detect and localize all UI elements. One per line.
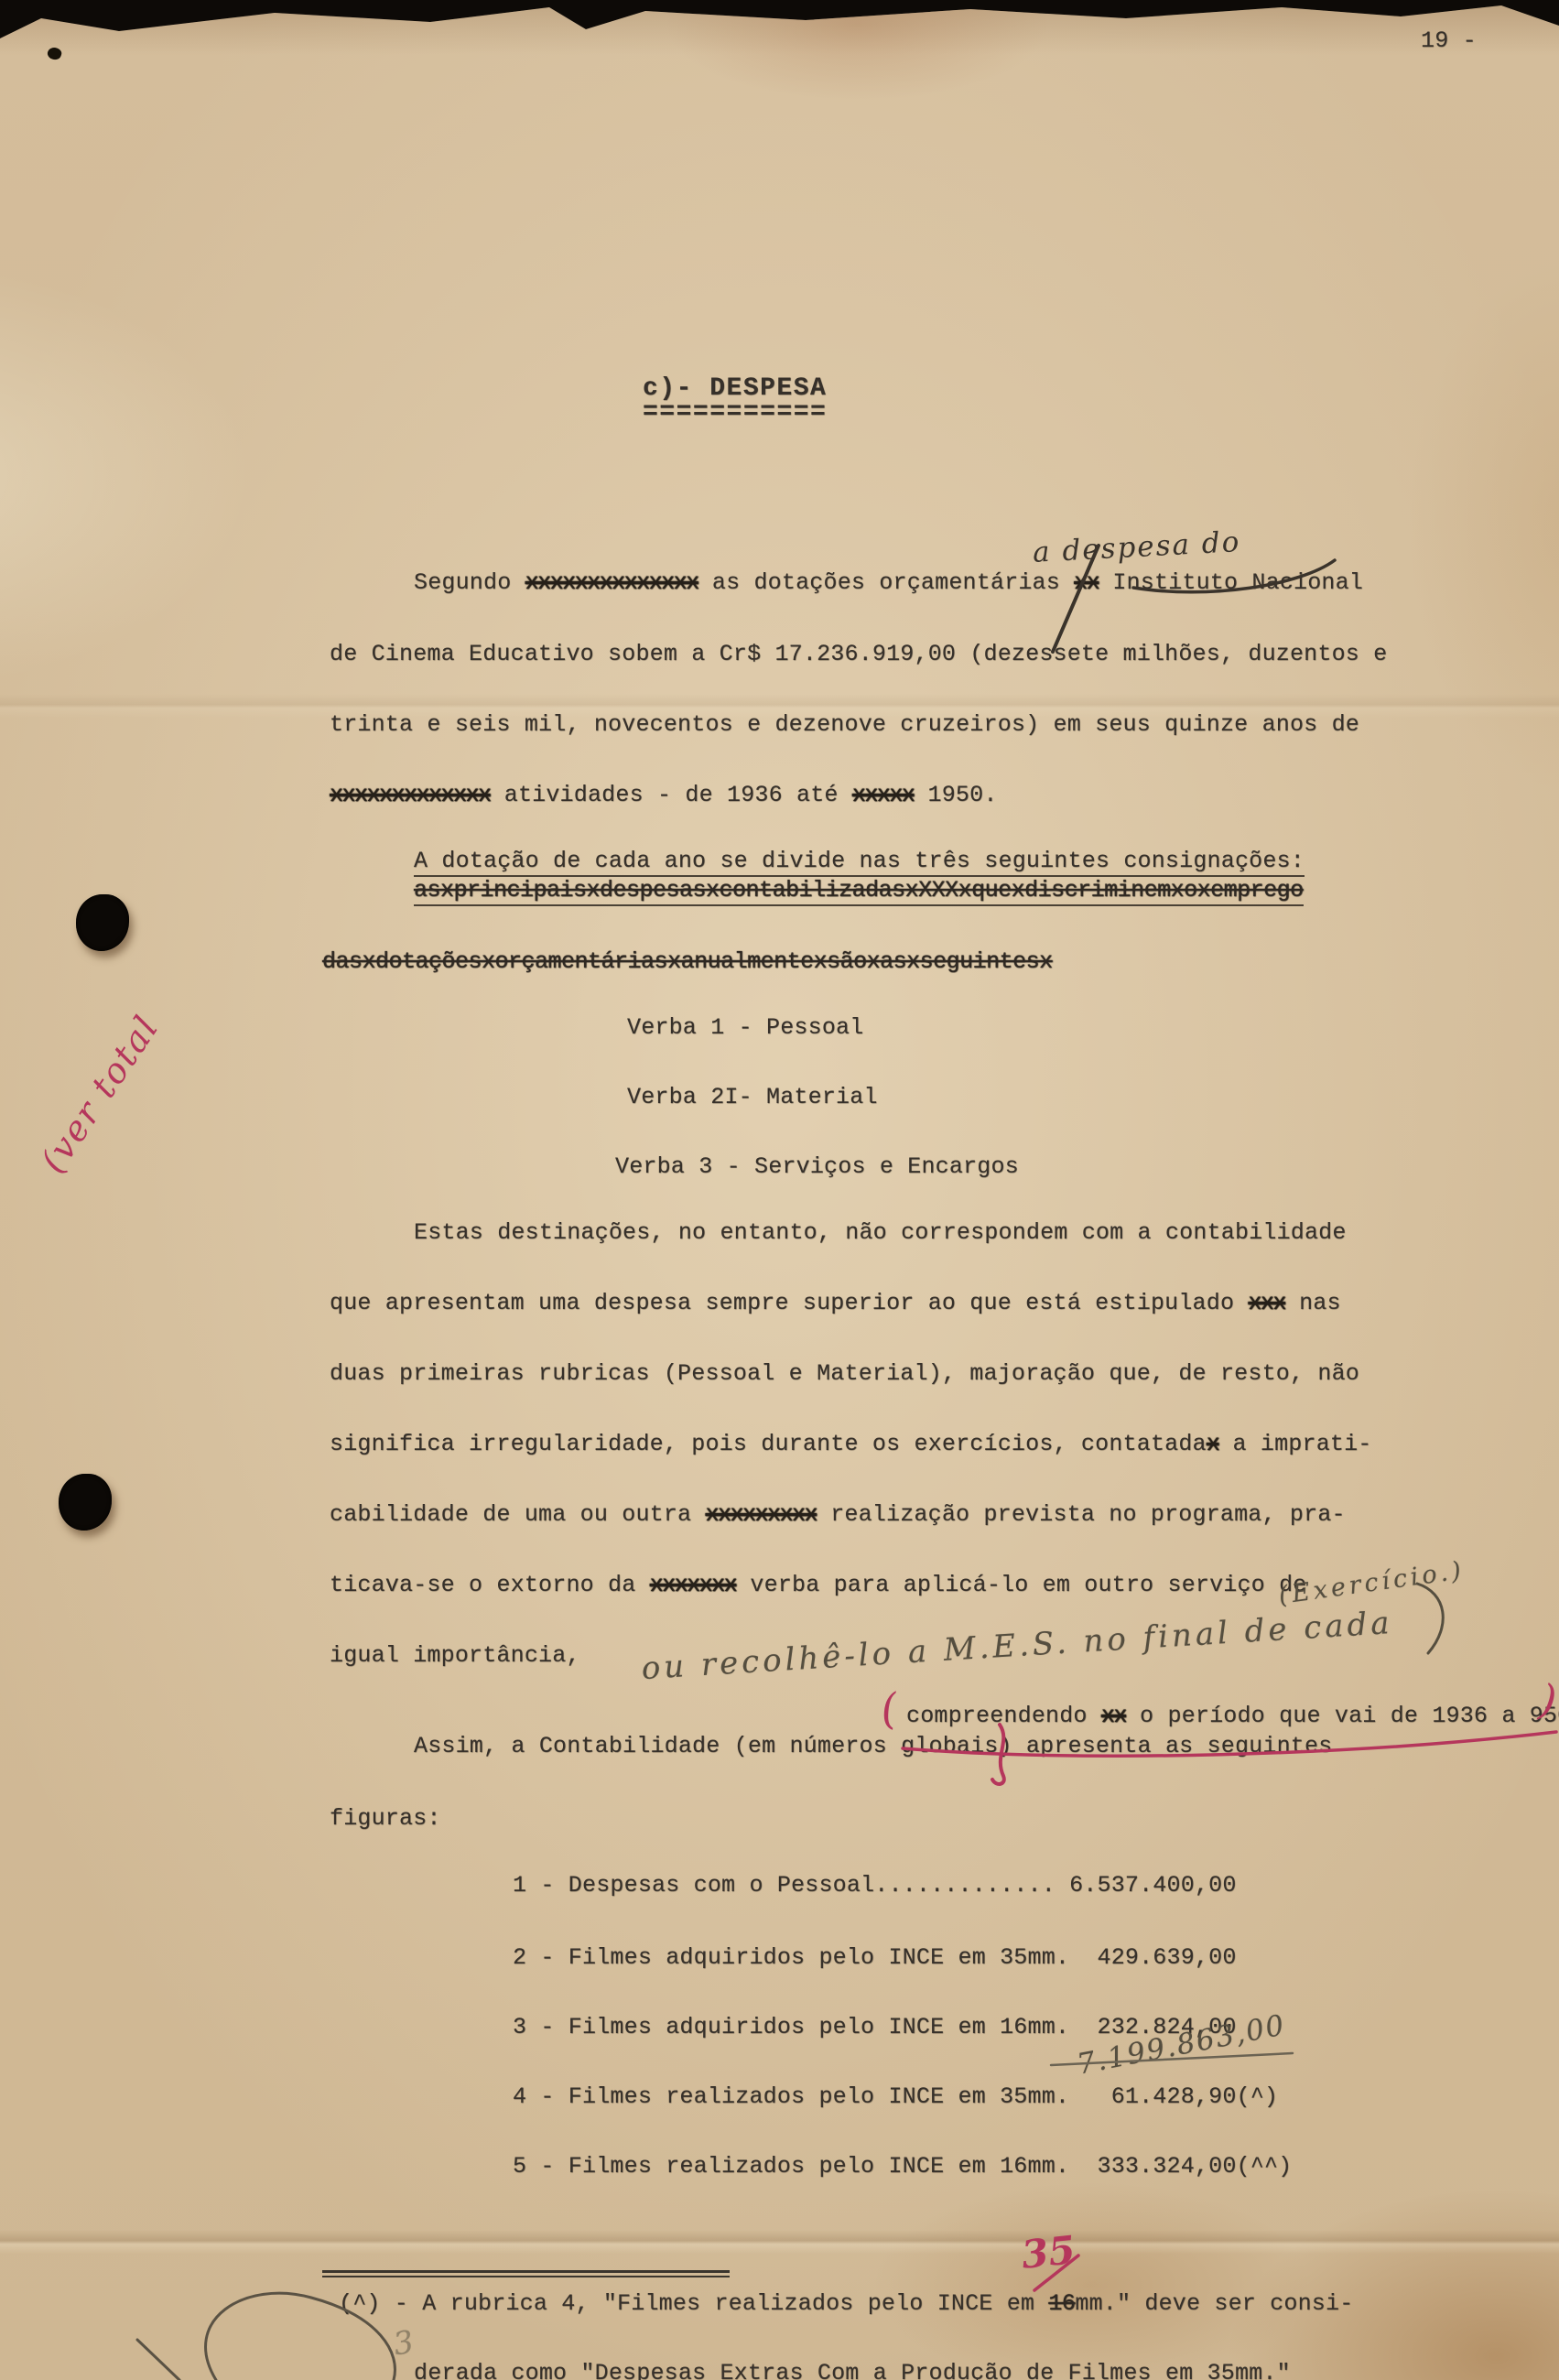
verba-item: Verba 1 - Pessoal [627, 1014, 863, 1042]
typed-line: de Cinema Educativo sobem a Cr$ 17.236.9… [330, 641, 1387, 668]
underlined-text: A dotação de cada ano se divide nas três… [414, 848, 1305, 877]
typed-line: ticava-se o extorno da xxxxxxx verba par… [330, 1572, 1307, 1599]
expense-list-item: 3 - Filmes adquiridos pelo INCE em 16mm.… [513, 2014, 1237, 2041]
typed-text: o período que vai de 1936 a 950 [1126, 1703, 1559, 1729]
typed-text: atividades - de 1936 até [491, 782, 852, 808]
verba-item: Verba 3 - Serviços e Encargos [615, 1153, 1019, 1181]
typed-line: Assim, a Contabilidade (em números globa… [414, 1733, 1332, 1760]
typed-text: as dotações orçamentárias [698, 569, 1074, 596]
typed-line: igual importância, [330, 1642, 580, 1670]
typed-line: A dotação de cada ano se divide nas três… [414, 848, 1305, 875]
typed-line: Estas destinações, no entanto, não corre… [414, 1219, 1347, 1247]
struck-out-text: x [1207, 1431, 1219, 1457]
expense-list-item: 1 - Despesas com o Pessoal............. … [513, 1872, 1237, 1899]
typed-line: xxxxxxxxxxxxx atividades - de 1936 até x… [330, 782, 998, 809]
expense-list-item: 4 - Filmes realizados pelo INCE em 35mm.… [513, 2083, 1278, 2111]
typed-line: que apresentam uma despesa sempre superi… [330, 1290, 1341, 1317]
struck-typed-line: dasxdotaçõesxorçamentáriasxanualmentexsã… [322, 948, 1053, 976]
verba-item: Verba 2I- Material [627, 1084, 878, 1111]
typed-text: cabilidade de uma ou outra [330, 1501, 705, 1528]
typed-text: significa irregularidade, pois durante o… [330, 1431, 1207, 1457]
struck-typed-line: asxprincipaisxdespesasxcontabilizadasxXX… [414, 877, 1304, 904]
typed-line: duas primeiras rubricas (Pessoal e Mater… [330, 1360, 1359, 1388]
typed-text: verba para aplicá-lo em outro serviço de [736, 1572, 1306, 1598]
struck-out-text: xxx [1248, 1290, 1285, 1316]
typed-text: que apresentam uma despesa sempre superi… [330, 1290, 1248, 1316]
typed-text: compreendendo [906, 1703, 1101, 1729]
struck-out-line: asxprincipaisxdespesasxcontabilizadasxXX… [414, 877, 1304, 906]
typed-text: ) apresenta as seguintes [999, 1733, 1333, 1759]
red-correction-35: 35 [1020, 2227, 1077, 2277]
typed-line: significa irregularidade, pois durante o… [330, 1431, 1372, 1458]
typed-text: Assim, a Contabilidade (em números globa… [414, 1733, 999, 1759]
struck-out-text: xxxxxxxxxxxxx [330, 782, 491, 808]
struck-out-text: xxxxxxx [650, 1572, 737, 1598]
expense-list-item: 2 - Filmes adquiridos pelo INCE em 35mm.… [513, 1944, 1237, 1972]
footnote-line: (^) - A rubrica 4, "Filmes realizados pe… [339, 2290, 1353, 2318]
struck-out-text: 16 [1048, 2290, 1075, 2317]
footnote-line: derada como "Despesas Extras Com a Produ… [414, 2360, 1291, 2380]
struck-out-text: xxxxxxxxx [705, 1501, 817, 1528]
section-title-underline: =========== [643, 399, 827, 427]
struck-out-text: xx [1074, 569, 1099, 596]
struck-out-text: xxxxxxxxxxxxxx [525, 569, 698, 596]
typed-text: nas [1285, 1290, 1341, 1316]
typed-text: 1950. [914, 782, 997, 808]
typed-text: mm." deve ser consi- [1075, 2290, 1353, 2317]
expense-list-item: 5 - Filmes realizados pelo INCE em 16mm.… [513, 2153, 1292, 2180]
typed-line: Segundo xxxxxxxxxxxxxx as dotações orçam… [414, 569, 1363, 597]
typed-text: Instituto Nacional [1099, 569, 1363, 596]
typed-line: trinta e seis mil, novecentos e dezenove… [330, 711, 1359, 739]
struck-out-text: xxxxx [852, 782, 915, 808]
typed-text: realização prevista no programa, pra- [817, 1501, 1346, 1528]
typed-line: cabilidade de uma ou outra xxxxxxxxx rea… [330, 1501, 1346, 1529]
footnote-separator [322, 2270, 730, 2277]
typed-line: figuras: [330, 1805, 441, 1833]
page-number: 19 - [1421, 27, 1477, 55]
typed-text: (^) - A rubrica 4, "Filmes realizados pe… [339, 2290, 1048, 2317]
struck-out-line: dasxdotaçõesxorçamentáriasxanualmentexsã… [322, 948, 1053, 975]
struck-out-text: xx [1101, 1703, 1126, 1729]
typed-text: ticava-se o extorno da [330, 1572, 650, 1598]
typed-text: Segundo [414, 569, 525, 596]
typed-inserted-line: compreendendo xx o período que vai de 19… [906, 1703, 1559, 1730]
scanned-document-page: 19 - c)- DESPESA =========== Segundo xxx… [0, 0, 1559, 2380]
typed-text: a imprati- [1218, 1431, 1371, 1457]
